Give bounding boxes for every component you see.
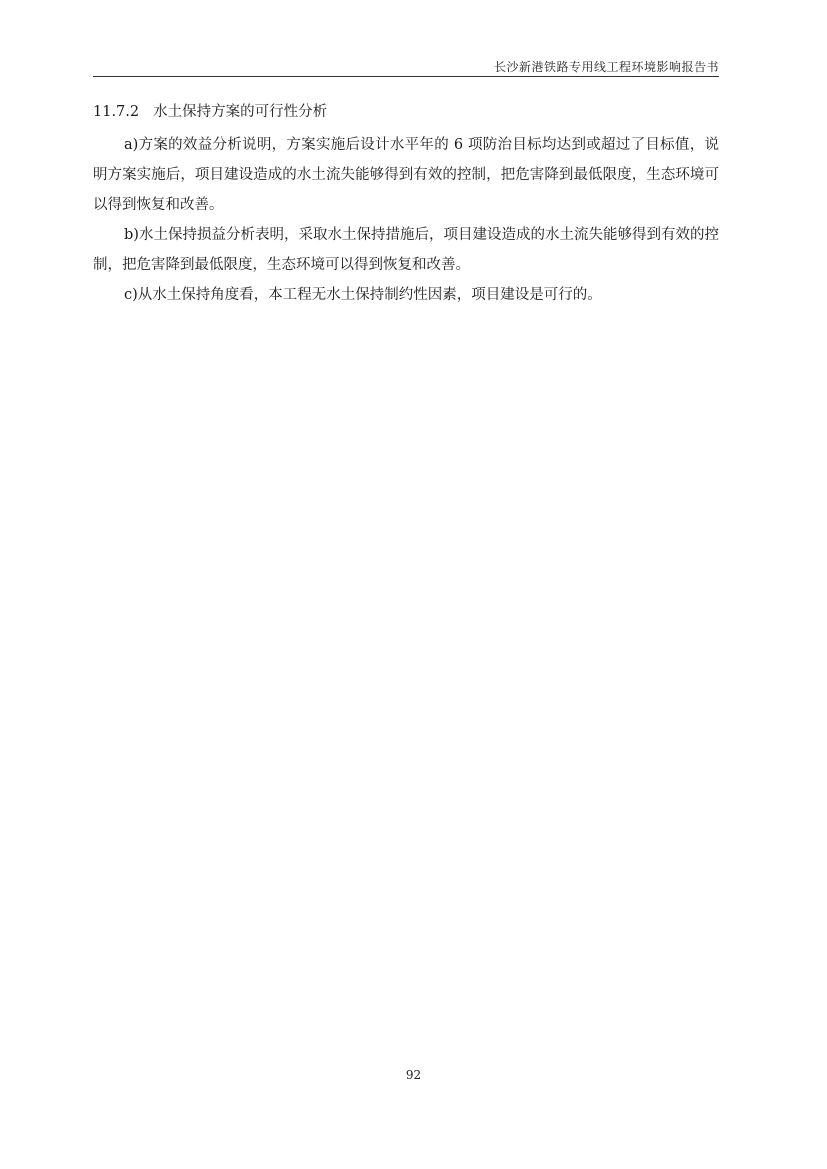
- section-number: 11.7.2: [93, 104, 139, 120]
- paragraph-b: b)水土保持损益分析表明，采取水土保持措施后，项目建设造成的水土流失能够得到有效…: [93, 220, 719, 280]
- section-title: 水土保持方案的可行性分析: [153, 104, 327, 120]
- paragraph-c: c)从水土保持角度看，本工程无水土保持制约性因素，项目建设是可行的。: [93, 280, 719, 310]
- section-heading: 11.7.2水土保持方案的可行性分析: [93, 100, 719, 124]
- paragraph-a: a)方案的效益分析说明，方案实施后设计水平年的 6 项防治目标均达到或超过了目标…: [93, 130, 719, 220]
- running-header-title: 长沙新港铁路专用线工程环境影响报告书: [494, 58, 719, 75]
- header-divider: [93, 76, 719, 77]
- page-body: 11.7.2水土保持方案的可行性分析 a)方案的效益分析说明，方案实施后设计水平…: [93, 100, 719, 310]
- page-number: 92: [0, 1068, 827, 1082]
